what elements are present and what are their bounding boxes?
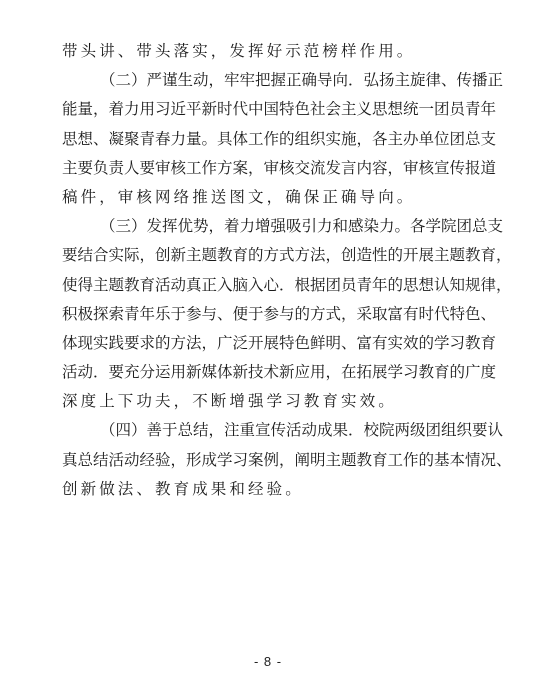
text-line: 创新做法、教育成果和经验。 <box>62 475 486 504</box>
text-line: 带头讲、带头落实，发挥好示范榜样作用。 <box>62 37 486 66</box>
text-line: 能量，着力用习近平新时代中国特色社会主义思想统一团员青年 <box>62 95 486 124</box>
text-line: 使得主题教育活动真正入脑入心．根据团员青年的思想认知规律， <box>62 271 486 300</box>
text-line: 稿件，审核网络推送图文，确保正确导向。 <box>62 183 486 212</box>
section-heading-line: （三）发挥优势，着力增强吸引力和感染力。各学院团总支 <box>62 212 486 241</box>
text-line: 要结合实际，创新主题教育的方式方法，创造性的开展主题教育， <box>62 241 486 270</box>
text-line: 真总结活动经验，形成学习案例，阐明主题教育工作的基本情况、 <box>62 446 486 475</box>
document-body: 带头讲、带头落实，发挥好示范榜样作用。 （二）严谨生动，牢牢把握正确导向．弘扬主… <box>62 37 486 504</box>
text-line: 深度上下功夫，不断增强学习教育实效。 <box>62 387 486 416</box>
text-line: 体现实践要求的方法，广泛开展特色鲜明、富有实效的学习教育 <box>62 329 486 358</box>
document-page: 带头讲、带头落实，发挥好示范榜样作用。 （二）严谨生动，牢牢把握正确导向．弘扬主… <box>0 0 536 694</box>
text-line: 活动．要充分运用新媒体新技术新应用，在拓展学习教育的广度 <box>62 358 486 387</box>
text-line: 积极探索青年乐于参与、便于参与的方式，采取富有时代特色、 <box>62 300 486 329</box>
text-line: 思想、凝聚青春力量。具体工作的组织实施，各主办单位团总支 <box>62 125 486 154</box>
page-number: - 8 - <box>0 654 536 669</box>
section-heading-line: （二）严谨生动，牢牢把握正确导向．弘扬主旋律、传播正 <box>62 66 486 95</box>
text-line: 主要负责人要审核工作方案，审核交流发言内容，审核宣传报道 <box>62 154 486 183</box>
section-heading-line: （四）善于总结，注重宣传活动成果．校院两级团组织要认 <box>62 416 486 445</box>
